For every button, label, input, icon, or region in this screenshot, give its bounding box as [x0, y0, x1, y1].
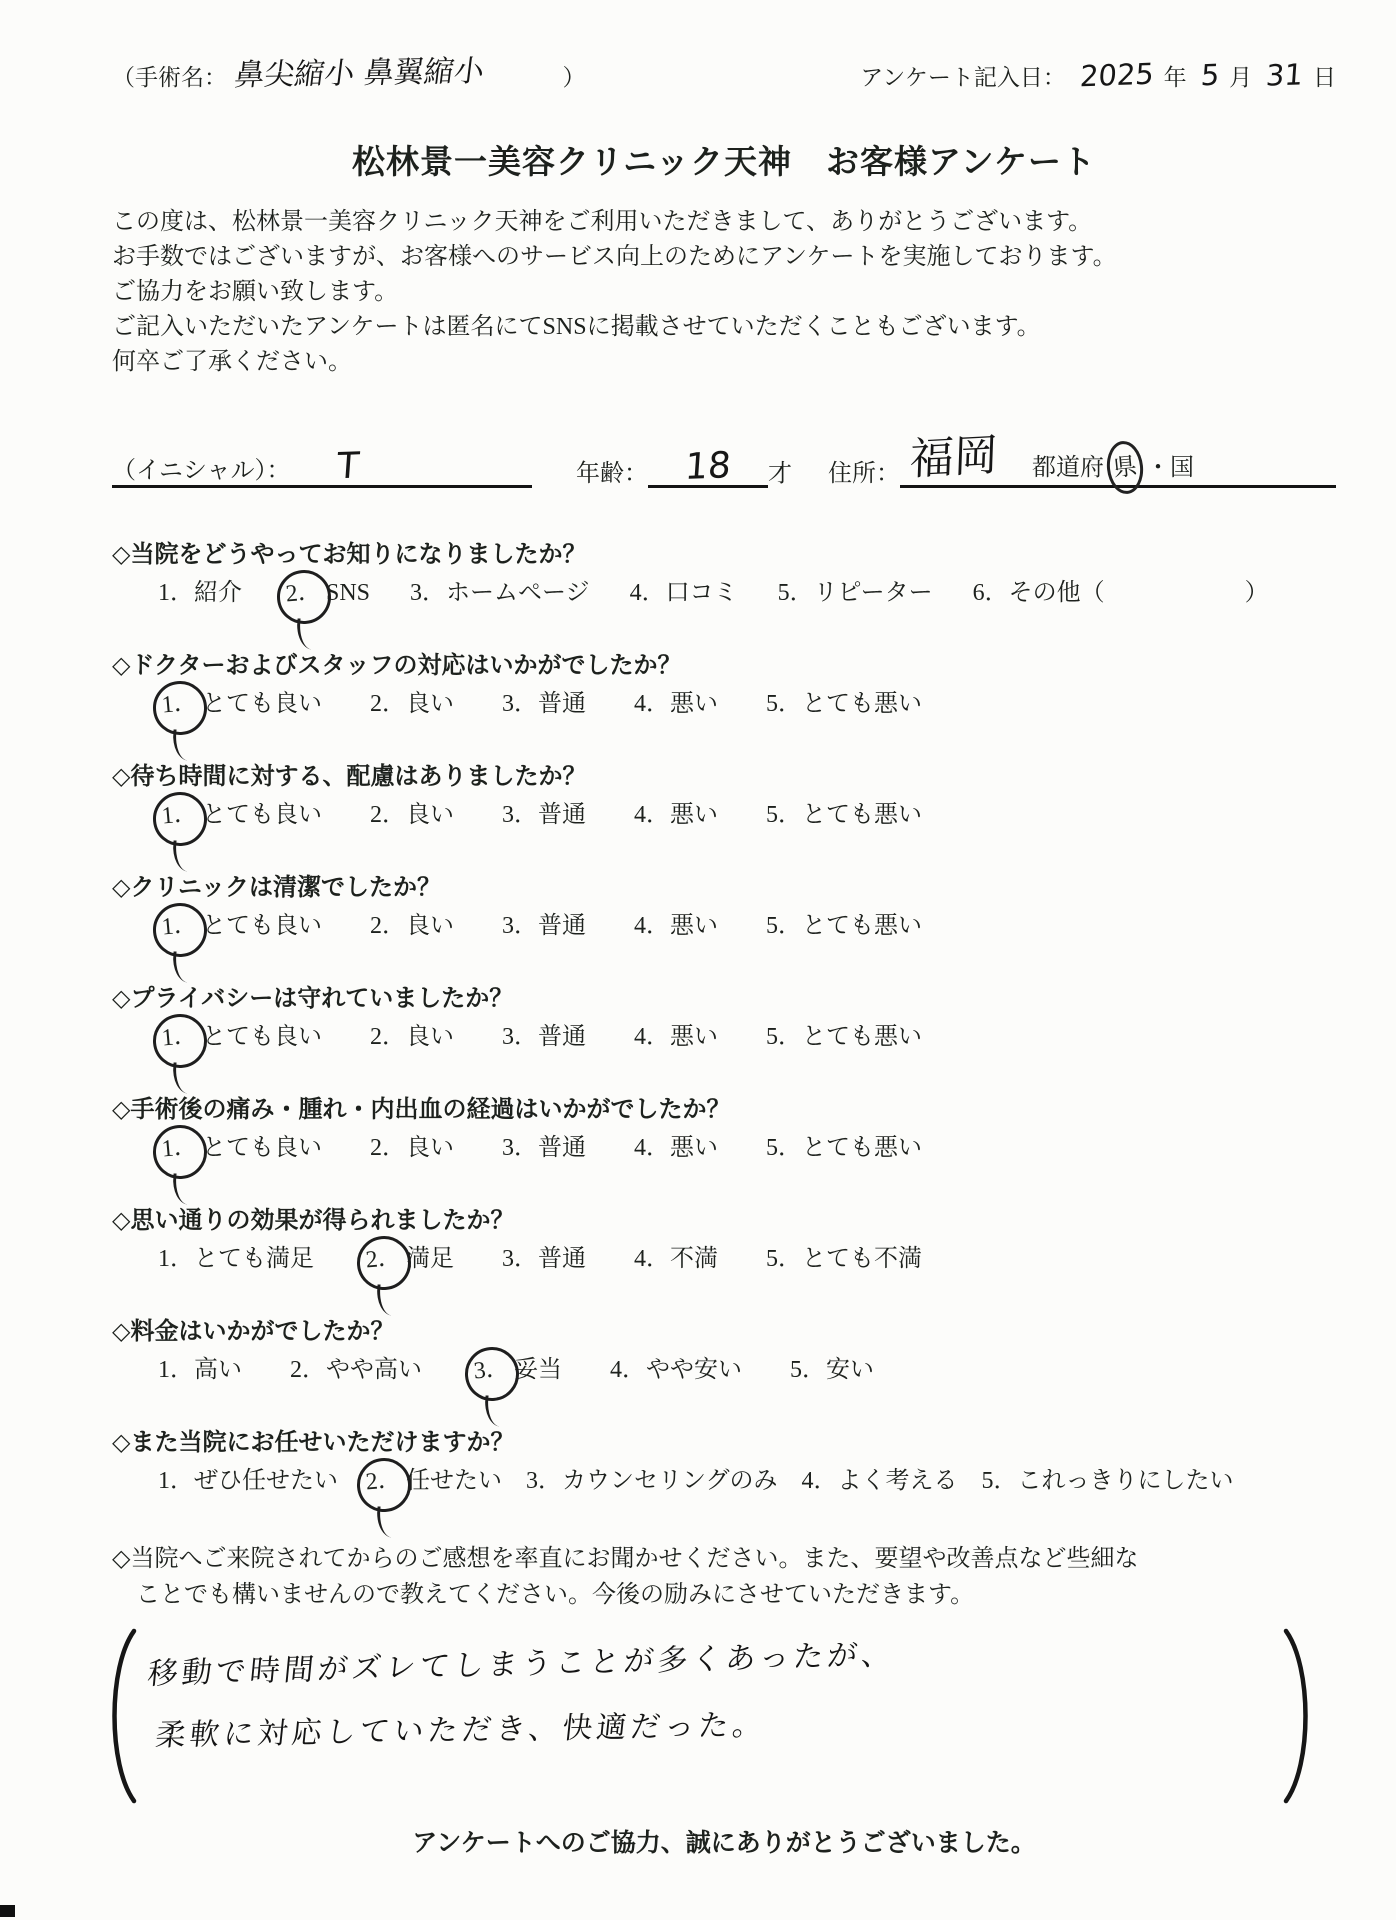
- surgery-name-field: （手術名： 鼻尖縮小 鼻翼縮小 ）: [112, 48, 586, 92]
- question-heading: ◇待ち時間に対する、配慮はありましたか？: [112, 762, 1336, 792]
- option: 5．安い: [790, 1353, 874, 1387]
- option-label: 安い: [826, 1357, 874, 1383]
- question-block-8: ◇料金はいかがでしたか？ 1．高い 2．やや高い 3．妥当 4．やや安い 5．安…: [112, 1317, 1336, 1390]
- option-label: 悪い: [670, 1024, 718, 1050]
- option-label: とても悪い: [802, 691, 922, 717]
- date-day-unit: 日: [1313, 59, 1336, 92]
- option-label: SNS: [326, 580, 370, 606]
- option-number: 5．: [766, 798, 802, 832]
- option: 3．ホームページ: [410, 576, 590, 610]
- option: 2．良い: [370, 798, 454, 832]
- option: 5．とても悪い: [766, 1131, 922, 1165]
- option-number: 3．: [502, 1020, 538, 1054]
- option-number: 3．: [502, 909, 538, 943]
- option: 5．とても悪い: [766, 687, 922, 721]
- profile-row: （イニシャル）： T 年齢： 18 才 住所： 福岡 都道府 県 ・国: [112, 430, 1336, 488]
- option-number: 2．: [370, 1131, 406, 1165]
- prefecture-text-after: ・国: [1146, 455, 1194, 481]
- surgery-name-close-paren: ）: [563, 59, 586, 92]
- option-label: リピーター: [814, 580, 933, 606]
- intro-line: ご協力をお願い致します。: [112, 275, 1336, 310]
- option: 5．とても悪い: [766, 1020, 922, 1054]
- comment-box: 移動で時間がズレてしまうことが多くあったが、 柔軟に対応していただき、快適だった…: [112, 1627, 1336, 1805]
- age-unit: 才: [768, 453, 792, 488]
- option: 4．やや安い: [610, 1353, 742, 1387]
- option-label: とても良い: [202, 802, 322, 828]
- surgery-name-label: （手術名：: [112, 59, 227, 92]
- question-options: 1．ぜひ任せたい 2．任せたい 3．カウンセリングのみ 4．よく考える 5．これ…: [112, 1464, 1336, 1501]
- question-options: 1．とても良い 2．良い 3．普通 4．悪い 5．とても悪い: [112, 687, 1336, 724]
- intro-paragraph: この度は、松林景一美容クリニック天神をご利用いただきまして、ありがとうございます…: [112, 205, 1336, 380]
- option-number: 5．: [766, 1020, 802, 1054]
- option-label: 任せたい: [406, 1468, 502, 1494]
- age-field: 18: [648, 446, 768, 488]
- option-label: 普通: [538, 1135, 586, 1161]
- option-label: 妥当: [514, 1357, 562, 1383]
- option: 1．とても良い: [158, 687, 322, 724]
- question-heading: ◇当院をどうやってお知りになりましたか？: [112, 540, 1336, 570]
- option: 2．満足: [362, 1242, 454, 1279]
- address-label: 住所：: [828, 453, 900, 488]
- initial-label: （イニシャル）：: [112, 450, 291, 485]
- date-month-handwritten: 5: [1199, 58, 1220, 93]
- option-number: 3．: [410, 576, 446, 610]
- free-response-prompt-line: ことでも構いませんので教えてください。今後の励みにさせていただきます。: [112, 1577, 1336, 1613]
- hand-drawn-left-paren: [98, 1627, 142, 1805]
- option-number: 2．: [370, 687, 406, 721]
- option-label: 満足: [406, 1246, 454, 1272]
- handwritten-comment-line: 移動で時間がズレてしまうことが多くあったが、: [146, 1629, 898, 1693]
- option-number: 4．: [634, 687, 670, 721]
- question-block-4: ◇クリニックは清潔でしたか？ 1．とても良い 2．良い 3．普通 4．悪い 5．…: [112, 873, 1336, 946]
- option-number: 1．: [158, 1353, 194, 1387]
- option-label: とても悪い: [802, 913, 922, 939]
- option-number: 4．: [802, 1464, 838, 1498]
- option-number: 4．: [634, 798, 670, 832]
- hand-drawn-right-paren: [1278, 1627, 1322, 1805]
- free-response-prompt: ◇当院へご来院されてからのご感想を率直にお聞かせください。また、要望や改善点など…: [112, 1541, 1336, 1613]
- option-label: とても不満: [802, 1246, 922, 1272]
- option-label: よく考える: [838, 1468, 958, 1494]
- option-label: とても満足: [194, 1246, 314, 1272]
- option-label: とても良い: [202, 691, 322, 717]
- survey-date-label: アンケート記入日：: [860, 59, 1066, 92]
- option-label: とても悪い: [802, 1024, 922, 1050]
- option: 3．普通: [502, 798, 586, 832]
- option-number: 5．: [982, 1464, 1018, 1498]
- question-block-5: ◇プライバシーは守れていましたか？ 1．とても良い 2．良い 3．普通 4．悪い…: [112, 984, 1336, 1057]
- option-number: 2．: [370, 1020, 406, 1054]
- option-number: 5．: [766, 1242, 802, 1276]
- option-number: 4．: [630, 576, 666, 610]
- option-number: 3．: [502, 798, 538, 832]
- option-label: 良い: [406, 1024, 454, 1050]
- option: 4．口コミ: [630, 576, 738, 610]
- page-title: 松林景一美容クリニック天神 お客様アンケート: [112, 136, 1336, 183]
- option-label: 良い: [406, 1135, 454, 1161]
- selected-answer-circle: 2．: [275, 568, 334, 627]
- option: 4．よく考える: [802, 1464, 958, 1498]
- date-year-unit: 年: [1164, 59, 1187, 92]
- selected-answer-circle: 1．: [151, 1012, 210, 1071]
- option: 1．とても良い: [158, 798, 322, 835]
- option: 3．普通: [502, 1242, 586, 1276]
- address-field: 福岡 都道府 県 ・国: [900, 421, 1336, 488]
- free-response-prompt-line: ◇当院へご来院されてからのご感想を率直にお聞かせください。また、要望や改善点など…: [112, 1541, 1336, 1577]
- option-number: 4．: [634, 909, 670, 943]
- selected-answer-circle: 1．: [151, 901, 210, 960]
- option-number: 5．: [778, 576, 814, 610]
- option-label: 普通: [538, 1024, 586, 1050]
- question-heading: ◇ドクターおよびスタッフの対応はいかがでしたか？: [112, 651, 1336, 681]
- question-block-2: ◇ドクターおよびスタッフの対応はいかがでしたか？ 1．とても良い 2．良い 3．…: [112, 651, 1336, 724]
- option-number: 4．: [634, 1242, 670, 1276]
- option-number: 2．: [370, 909, 406, 943]
- option: 2．良い: [370, 1131, 454, 1165]
- option: 4．悪い: [634, 687, 718, 721]
- option-number: 2．: [290, 1353, 326, 1387]
- option-number: 4．: [634, 1131, 670, 1165]
- question-block-1: ◇当院をどうやってお知りになりましたか？ 1．紹介 2．SNS 3．ホームページ…: [112, 540, 1336, 613]
- option-number: 5．: [766, 1131, 802, 1165]
- option-label: 普通: [538, 1246, 586, 1272]
- option-label: 高い: [194, 1357, 242, 1383]
- option: 3．妥当: [470, 1353, 562, 1390]
- scan-artifact: [0, 1905, 15, 1917]
- question-options: 1．とても良い 2．良い 3．普通 4．悪い 5．とても悪い: [112, 909, 1336, 946]
- date-day-handwritten: 31: [1265, 57, 1304, 92]
- question-options: 1．とても満足 2．満足 3．普通 4．不満 5．とても不満: [112, 1242, 1336, 1279]
- option-number: 3．: [502, 687, 538, 721]
- address-handwritten-value: 福岡: [909, 419, 999, 488]
- option-label: 悪い: [670, 913, 718, 939]
- option-number: 1．: [158, 1242, 194, 1276]
- option-label: とても悪い: [802, 802, 922, 828]
- option-label: その他（: [1009, 580, 1105, 606]
- option-label: 悪い: [670, 691, 718, 717]
- option: 1．とても満足: [158, 1242, 314, 1276]
- option-number: 2．: [370, 798, 406, 832]
- question-heading: ◇また当院にお任せいただけますか？: [112, 1428, 1336, 1458]
- option-label: やや安い: [646, 1357, 742, 1383]
- option: 3．普通: [502, 1131, 586, 1165]
- question-heading: ◇料金はいかがでしたか？: [112, 1317, 1336, 1347]
- option: 4．悪い: [634, 909, 718, 943]
- option: 2．良い: [370, 909, 454, 943]
- intro-line: ご記入いただいたアンケートは匿名にてSNSに掲載させていただくこともございます。: [112, 310, 1336, 345]
- initial-handwritten-value: T: [335, 446, 360, 488]
- option: 4．悪い: [634, 798, 718, 832]
- option-label: 悪い: [670, 1135, 718, 1161]
- question-options: 1．とても良い 2．良い 3．普通 4．悪い 5．とても悪い: [112, 798, 1336, 835]
- intro-line: この度は、松林景一美容クリニック天神をご利用いただきまして、ありがとうございます…: [112, 205, 1336, 240]
- option-number: 6．: [973, 576, 1009, 610]
- option-number: 5．: [790, 1353, 826, 1387]
- option-label: カウンセリングのみ: [562, 1468, 778, 1494]
- option-label: 普通: [538, 691, 586, 717]
- option: 2．SNS: [282, 576, 370, 613]
- option: 5．とても不満: [766, 1242, 922, 1276]
- option-label: 紹介: [194, 580, 242, 606]
- question-heading: ◇プライバシーは守れていましたか？: [112, 984, 1336, 1014]
- option: 1．とても良い: [158, 1020, 322, 1057]
- option-label: とても悪い: [802, 1135, 922, 1161]
- option: 3．普通: [502, 1020, 586, 1054]
- option: 5．とても悪い: [766, 909, 922, 943]
- page-content: （手術名： 鼻尖縮小 鼻翼縮小 ） アンケート記入日： 2025 年 5 月 3…: [0, 0, 1396, 1859]
- option: 1．ぜひ任せたい: [158, 1464, 338, 1498]
- question-block-7: ◇思い通りの効果が得られましたか？ 1．とても満足 2．満足 3．普通 4．不満…: [112, 1206, 1336, 1279]
- option: 1．紹介: [158, 576, 242, 610]
- prefecture-text-before: 都道府: [1032, 455, 1104, 481]
- question-options: 1．とても良い 2．良い 3．普通 4．悪い 5．とても悪い: [112, 1020, 1336, 1057]
- option-label: 良い: [406, 802, 454, 828]
- option-label: とても良い: [202, 1135, 322, 1161]
- option-label: 口コミ: [666, 580, 738, 606]
- option: 3．カウンセリングのみ: [526, 1464, 778, 1498]
- question-options: 1．紹介 2．SNS 3．ホームページ 4．口コミ 5．リピーター 6．その他（…: [112, 576, 1336, 613]
- question-heading: ◇思い通りの効果が得られましたか？: [112, 1206, 1336, 1236]
- option-number: 1．: [158, 576, 194, 610]
- option-label: 不満: [670, 1246, 718, 1272]
- option: 1．とても良い: [158, 909, 322, 946]
- option-label: 悪い: [670, 802, 718, 828]
- prefecture-country-label: 都道府 県 ・国: [1032, 447, 1194, 485]
- question-heading: ◇クリニックは清潔でしたか？: [112, 873, 1336, 903]
- option: 6．その他（）: [973, 576, 1269, 610]
- question-block-3: ◇待ち時間に対する、配慮はありましたか？ 1．とても良い 2．良い 3．普通 4…: [112, 762, 1336, 835]
- option: 2．任せたい: [362, 1464, 502, 1501]
- option: 4．不満: [634, 1242, 718, 1276]
- option-number: 5．: [766, 909, 802, 943]
- selected-answer-circle: 2．: [355, 1456, 414, 1515]
- option-number: 3．: [526, 1464, 562, 1498]
- selected-answer-circle: 3．: [463, 1345, 522, 1404]
- handwritten-comment-line: 柔軟に対応していただき、快適だった。: [154, 1700, 769, 1755]
- survey-date-field: アンケート記入日： 2025 年 5 月 31 日: [860, 58, 1336, 92]
- option-label: ホームページ: [446, 580, 590, 606]
- option-number: 3．: [502, 1242, 538, 1276]
- option: 2．やや高い: [290, 1353, 422, 1387]
- intro-line: 何卒ご了承ください。: [112, 345, 1336, 380]
- option: 3．普通: [502, 909, 586, 943]
- selected-answer-circle: 1．: [151, 790, 210, 849]
- date-month-unit: 月: [1229, 59, 1252, 92]
- question-heading: ◇手術後の痛み・腫れ・内出血の経過はいかがでしたか？: [112, 1095, 1336, 1125]
- option: 1．とても良い: [158, 1131, 322, 1168]
- option-number: 4．: [610, 1353, 646, 1387]
- other-close-paren: ）: [1245, 580, 1269, 606]
- option-label: 普通: [538, 802, 586, 828]
- option-number: 4．: [634, 1020, 670, 1054]
- option-label: ぜひ任せたい: [194, 1468, 338, 1494]
- option-number: 3．: [502, 1131, 538, 1165]
- age-handwritten-value: 18: [684, 445, 733, 488]
- option: 5．リピーター: [778, 576, 933, 610]
- selected-answer-circle: 1．: [151, 679, 210, 738]
- initial-field: （イニシャル）： T: [112, 446, 532, 488]
- option-label: 良い: [406, 913, 454, 939]
- option: 5．これっきりにしたい: [982, 1464, 1234, 1498]
- question-options: 1．高い 2．やや高い 3．妥当 4．やや安い 5．安い: [112, 1353, 1336, 1390]
- selected-answer-circle: 1．: [151, 1123, 210, 1182]
- option-label: とても良い: [202, 913, 322, 939]
- date-year-handwritten: 2025: [1079, 57, 1155, 94]
- option-label: 普通: [538, 913, 586, 939]
- option: 4．悪い: [634, 1131, 718, 1165]
- option-label: やや高い: [326, 1357, 422, 1383]
- question-block-6: ◇手術後の痛み・腫れ・内出血の経過はいかがでしたか？ 1．とても良い 2．良い …: [112, 1095, 1336, 1168]
- surgery-name-handwritten-value: 鼻尖縮小 鼻翼縮小: [232, 46, 487, 94]
- selected-answer-circle: 2．: [355, 1234, 414, 1293]
- intro-line: お手数ではございますが、お客様へのサービス向上のためにアンケートを実施しておりま…: [112, 240, 1336, 275]
- closing-thanks: アンケートへのご協力、誠にありがとうございました。: [112, 1823, 1336, 1859]
- option-label: とても良い: [202, 1024, 322, 1050]
- prefecture-answer-circle: 県: [1104, 439, 1145, 495]
- option-number: 1．: [158, 1464, 194, 1498]
- option: 3．普通: [502, 687, 586, 721]
- option-label: 良い: [406, 691, 454, 717]
- option: 2．良い: [370, 1020, 454, 1054]
- option: 5．とても悪い: [766, 798, 922, 832]
- option: 2．良い: [370, 687, 454, 721]
- question-options: 1．とても良い 2．良い 3．普通 4．悪い 5．とても悪い: [112, 1131, 1336, 1168]
- option: 1．高い: [158, 1353, 242, 1387]
- option: 4．悪い: [634, 1020, 718, 1054]
- question-block-9: ◇また当院にお任せいただけますか？ 1．ぜひ任せたい 2．任せたい 3．カウンセ…: [112, 1428, 1336, 1501]
- header-row: （手術名： 鼻尖縮小 鼻翼縮小 ） アンケート記入日： 2025 年 5 月 3…: [112, 48, 1336, 92]
- option-label: これっきりにしたい: [1018, 1468, 1234, 1494]
- age-label: 年齢：: [576, 453, 648, 488]
- scanned-survey-page: （手術名： 鼻尖縮小 鼻翼縮小 ） アンケート記入日： 2025 年 5 月 3…: [0, 0, 1396, 1920]
- option-number: 5．: [766, 687, 802, 721]
